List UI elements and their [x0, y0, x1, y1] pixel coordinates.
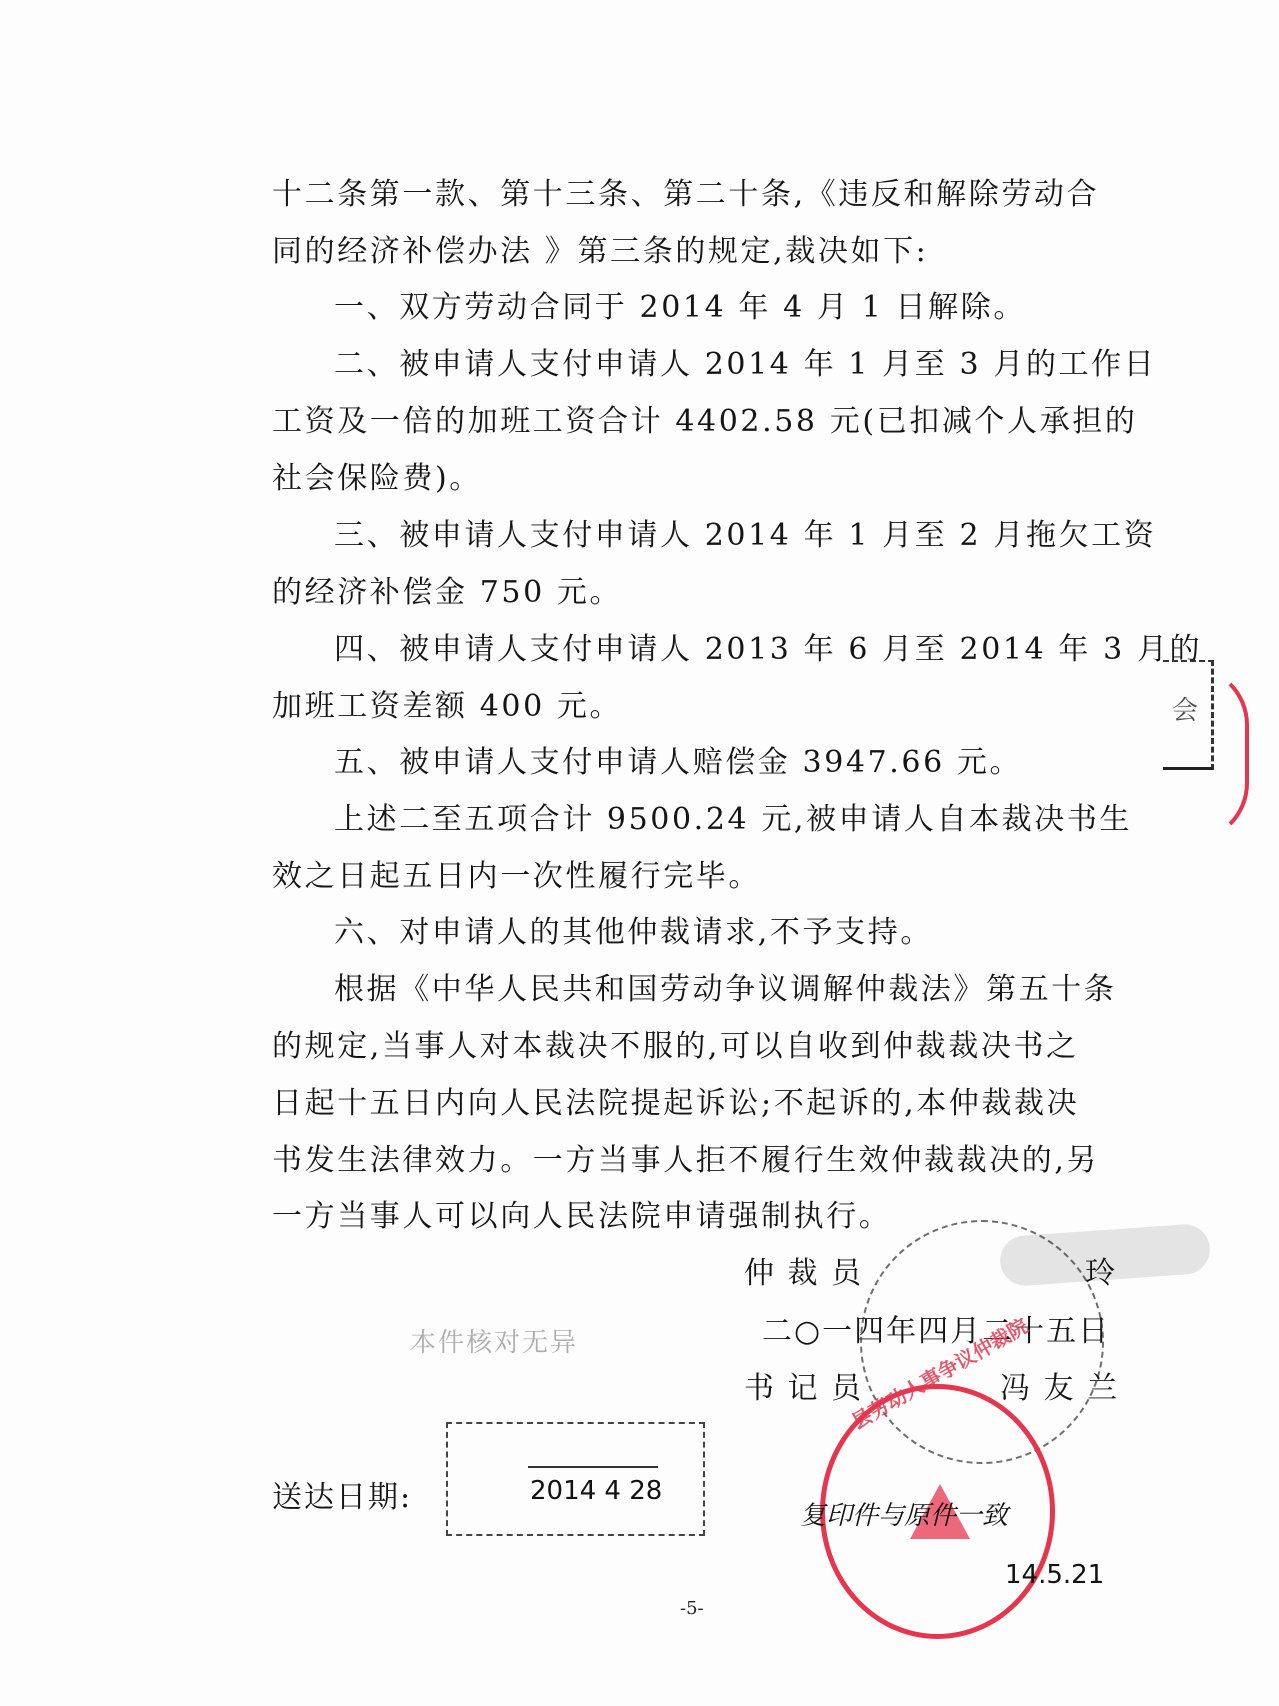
- body-line: 日起十五日内向人民法院提起诉讼;不起诉的,本仲裁裁决: [272, 1084, 1122, 1124]
- body-line: 四、被申请人支付申请人 2013 年 6 月至 2014 年 3 月的: [334, 630, 1184, 670]
- body-line: 的经济补偿金 750 元。: [272, 573, 1122, 613]
- body-line: 加班工资差额 400 元。: [272, 687, 1122, 727]
- body-line: 根据《中华人民共和国劳动争议调解仲裁法》第五十条: [334, 970, 1184, 1010]
- document-page: 十二条第一款、第十三条、第二十条,《违反和解除劳动合同的经济补偿办法 》第三条的…: [0, 0, 1279, 1706]
- page-number: -5-: [680, 1598, 704, 1619]
- body-line: 的规定,当事人对本裁决不服的,可以自收到仲裁裁决书之: [272, 1027, 1122, 1067]
- body-line: 二、被申请人支付申请人 2014 年 1 月至 3 月的工作日: [334, 345, 1184, 385]
- body-line: 同的经济补偿办法 》第三条的规定,裁决如下:: [272, 232, 1122, 272]
- body-line: 一、双方劳动合同于 2014 年 4 月 1 日解除。: [334, 288, 1184, 328]
- body-line: 效之日起五日内一次性履行完毕。: [272, 857, 1122, 897]
- delivery-date-stamp: 2014 4 28: [446, 1422, 705, 1536]
- body-line: 工资及一倍的加班工资合计 4402.58 元(已扣减个人承担的: [272, 402, 1122, 442]
- delivery-date-label: 送达日期:: [272, 1478, 412, 1518]
- handwritten-note: 复印件与原件一致: [800, 1495, 1008, 1532]
- body-line: 六、对申请人的其他仲裁请求,不予支持。: [334, 913, 1184, 953]
- clerk-name: 冯 友 兰: [1000, 1369, 1119, 1409]
- body-line: 社会保险费)。: [272, 459, 1122, 499]
- side-red-seal: [1185, 665, 1249, 843]
- body-line: 上述二至五项合计 9500.24 元,被申请人自本裁决书生: [334, 800, 1184, 840]
- verification-text: 本件核对无异: [410, 1322, 578, 1359]
- body-line: 三、被申请人支付申请人 2014 年 1 月至 2 月拖欠工资: [334, 516, 1184, 556]
- handwritten-date: 14.5.21: [1005, 1560, 1104, 1590]
- arbitrator-label: 仲 裁 员: [744, 1254, 863, 1294]
- clerk-label: 书 记 员: [744, 1369, 863, 1409]
- body-line: 书发生法律效力。一方当事人拒不履行生效仲裁裁决的,另: [272, 1141, 1122, 1181]
- delivery-stamp-date: 2014 4 28: [530, 1476, 662, 1506]
- body-line: 十二条第一款、第十三条、第二十条,《违反和解除劳动合: [272, 175, 1122, 215]
- body-line: 五、被申请人支付申请人赔偿金 3947.66 元。: [334, 743, 1184, 783]
